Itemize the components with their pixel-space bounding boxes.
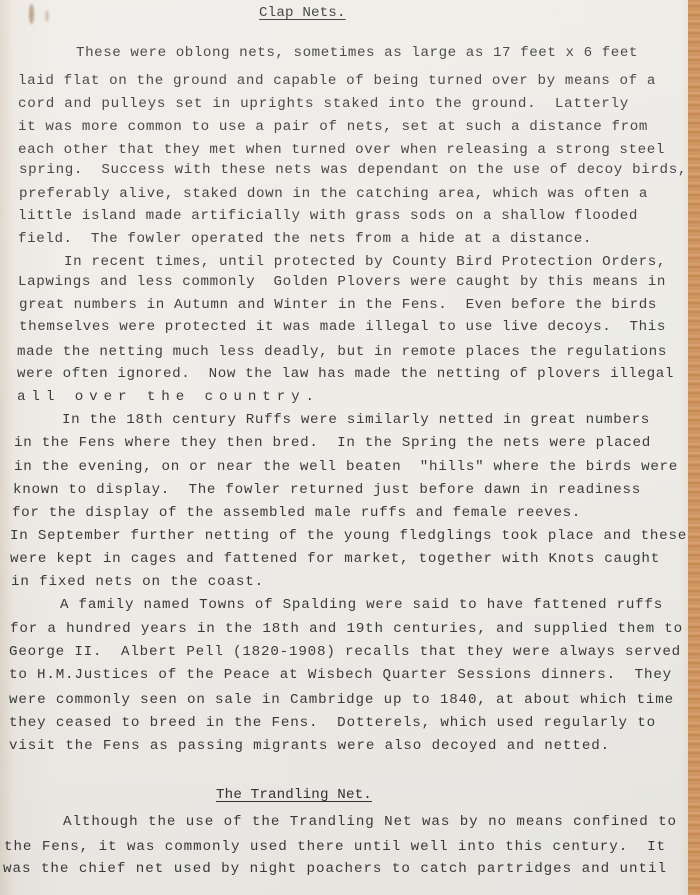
typewritten-page: Clap Nets. These were oblong nets, somet…: [0, 0, 688, 895]
text-line: for the display of the assembled male ru…: [12, 506, 581, 520]
ink-stain: [29, 4, 34, 24]
text-line: themselves were protected it was made il…: [19, 320, 666, 334]
ink-stain: [45, 10, 49, 22]
text-line: they ceased to breed in the Fens. Dotter…: [9, 716, 656, 730]
text-line: known to display. The fowler returned ju…: [13, 483, 641, 497]
text-line: spring. Success with these nets was depe…: [19, 163, 687, 177]
text-line: all over the country.: [17, 390, 320, 404]
section-heading-clap-nets: Clap Nets.: [259, 6, 346, 20]
text-line: In the 18th century Ruffs were similarly…: [62, 413, 650, 427]
text-line: laid flat on the ground and capable of b…: [18, 74, 656, 88]
text-line: made the netting much less deadly, but i…: [17, 345, 667, 359]
section-heading-trandling-net: The Trandling Net.: [216, 788, 372, 802]
text-line: visit the Fens as passing migrants were …: [9, 739, 610, 753]
text-line: were often ignored. Now the law has made…: [17, 367, 674, 381]
text-line: cord and pulleys set in uprights staked …: [18, 97, 629, 111]
text-line: each other that they met when turned ove…: [18, 143, 665, 157]
text-line: little island made artificially with gra…: [18, 209, 638, 223]
text-line: in the Fens where they then bred. In the…: [14, 436, 651, 450]
text-line: These were oblong nets, sometimes as lar…: [76, 46, 638, 60]
text-line: George II. Albert Pell (1820-1908) recal…: [9, 645, 681, 659]
text-line: was the chief net used by night poachers…: [3, 862, 667, 876]
text-line: In September further netting of the youn…: [10, 529, 687, 543]
text-line: In recent times, until protected by Coun…: [64, 255, 666, 269]
text-line: were kept in cages and fattened for mark…: [10, 552, 660, 566]
desk-wood-edge: [688, 0, 700, 895]
text-line: Lapwings and less commonly Golden Plover…: [18, 275, 666, 289]
text-line: preferably alive, staked down in the cat…: [19, 187, 648, 201]
text-line: great numbers in Autumn and Winter in th…: [19, 298, 657, 312]
text-line: were commonly seen on sale in Cambridge …: [9, 693, 674, 707]
text-line: the Fens, it was commonly used there unt…: [4, 840, 666, 854]
text-line: it was more common to use a pair of nets…: [18, 120, 648, 134]
text-line: in the evening, on or near the well beat…: [14, 460, 678, 474]
text-line: A family named Towns of Spalding were sa…: [60, 598, 663, 612]
text-line: in fixed nets on the coast.: [11, 575, 264, 589]
text-line: to H.M.Justices of the Peace at Wisbech …: [9, 668, 672, 682]
text-line: for a hundred years in the 18th and 19th…: [10, 622, 683, 636]
text-line: field. The fowler operated the nets from…: [18, 232, 592, 246]
text-line: Although the use of the Trandling Net wa…: [63, 815, 677, 829]
